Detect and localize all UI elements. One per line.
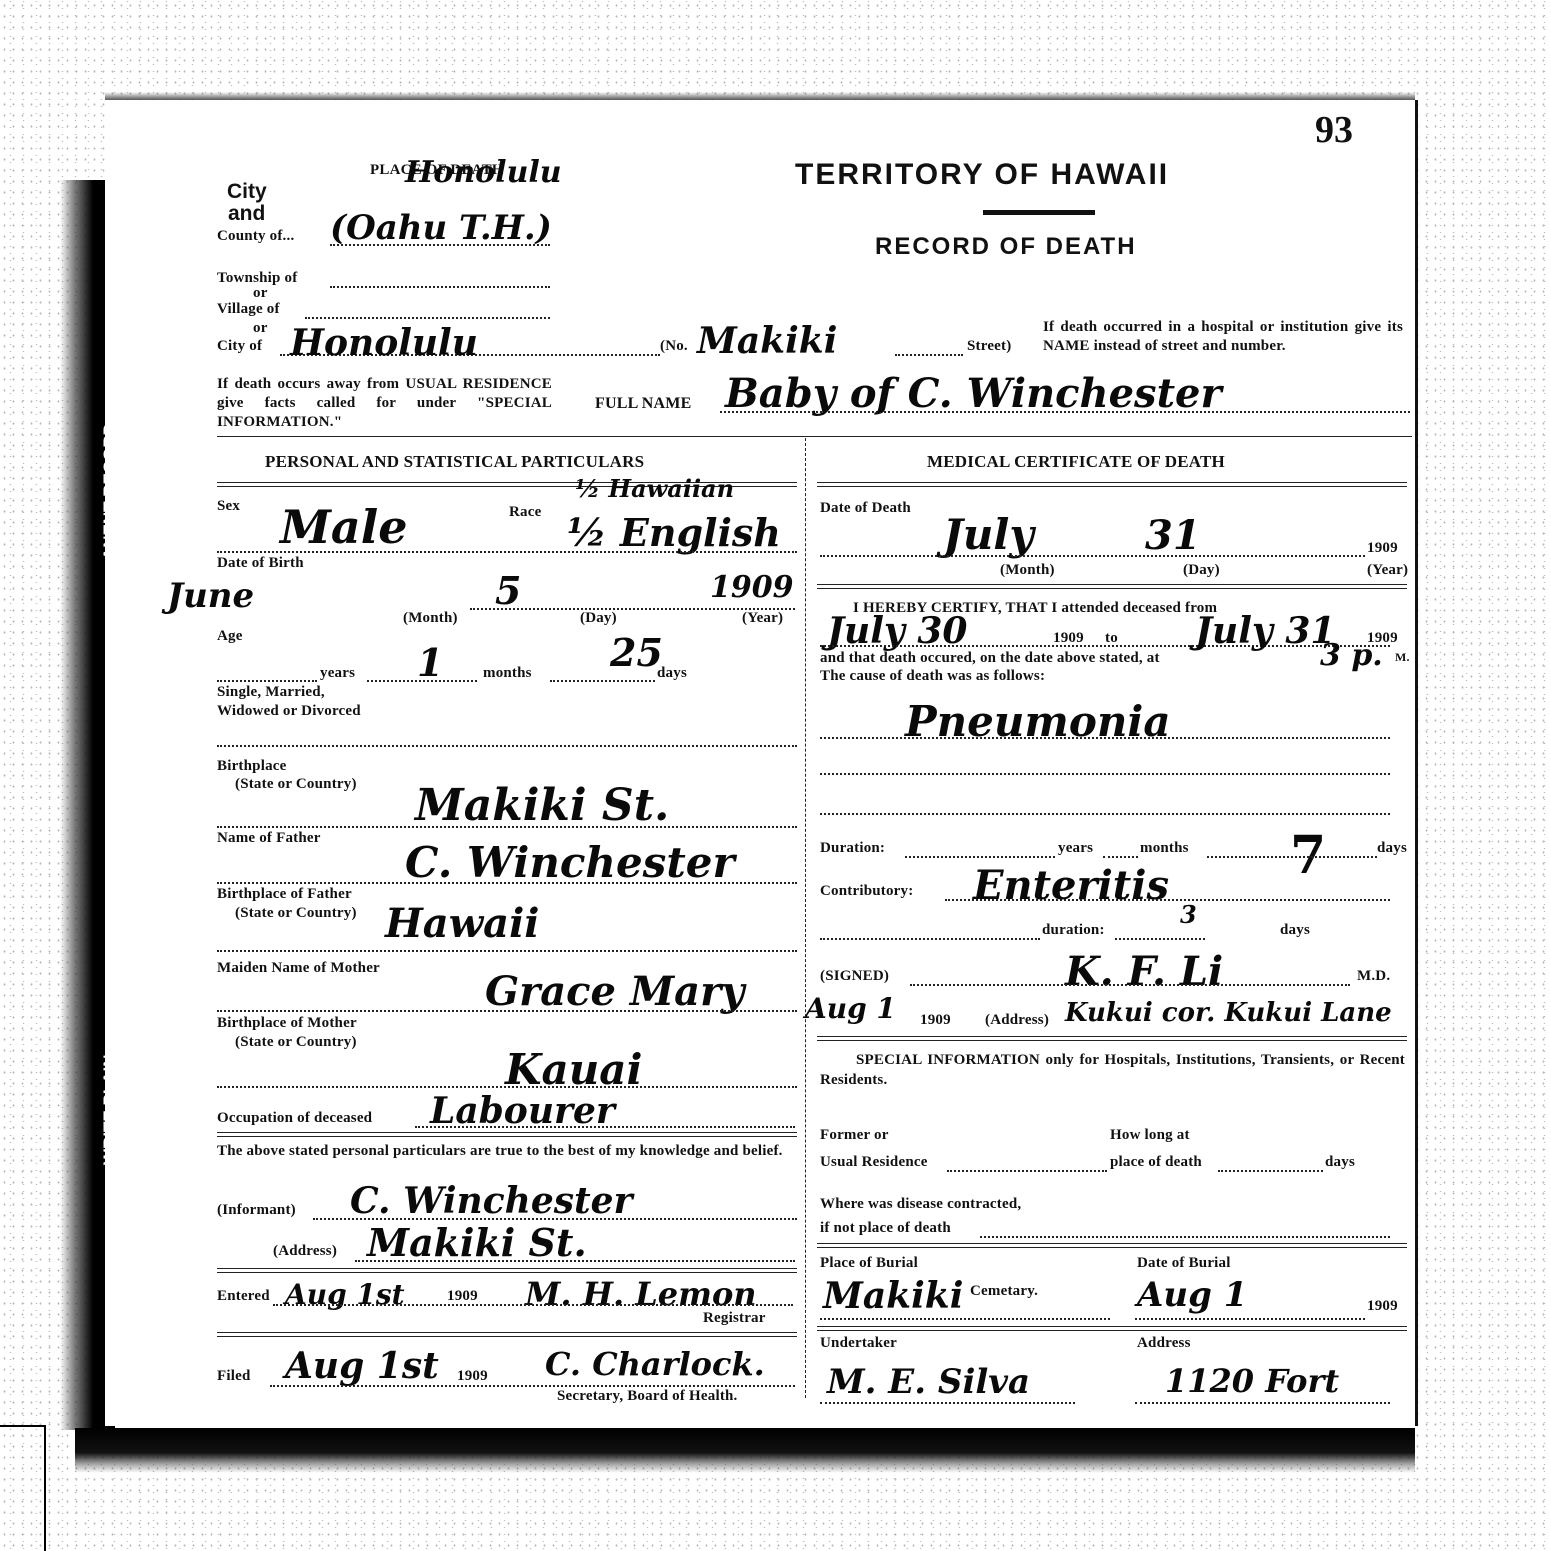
informant-value: C. Winchester: [350, 1180, 633, 1222]
death-record-form: 93 TERRITORY OF HAWAII RECORD OF DEATH P…: [105, 100, 1418, 1426]
entered-date: Aug 1st: [285, 1278, 405, 1311]
county-label: County of...: [217, 228, 294, 245]
date-of-death-label: Date of Death: [820, 500, 911, 517]
or-label: or: [253, 320, 268, 337]
contrib-days-caption: days: [1280, 922, 1310, 939]
city-of-label: City of: [217, 338, 262, 355]
contributory-label: Contributory:: [820, 883, 913, 900]
county-value: (Oahu T.H.): [330, 208, 552, 248]
street-label: Street): [967, 338, 1011, 355]
duration-years-caption: years: [1058, 840, 1093, 857]
column-divider: [805, 438, 806, 1398]
undertaker-address-value: 1120 Fort: [1165, 1362, 1339, 1400]
registrar-signature: M. H. Lemon: [525, 1275, 757, 1313]
birthplace-value: Makiki St.: [415, 780, 669, 831]
m-label: M.: [1395, 650, 1410, 665]
crop-mark: [44, 1425, 46, 1551]
entered-year: 1909: [447, 1288, 478, 1305]
dob-month: June: [167, 576, 254, 616]
birthplace-label: Birthplace: [217, 758, 287, 775]
usual-residence-label: Usual Residence: [820, 1154, 928, 1171]
dob-label: Date of Birth: [217, 555, 304, 572]
document-subtitle: RECORD OF DEATH: [875, 233, 1137, 261]
marital-label: Single, Married,: [217, 684, 325, 701]
physician-address-label: (Address): [985, 1012, 1049, 1029]
full-name-label: FULL NAME: [595, 395, 691, 413]
title-divider: [983, 210, 1095, 215]
disease-contracted-label: Where was disease contracted,: [820, 1196, 1021, 1213]
month-caption: (Month): [1000, 562, 1055, 579]
personal-heading: PERSONAL AND STATISTICAL PARTICULARS: [265, 452, 644, 472]
mother-value: Grace Mary: [485, 968, 744, 1015]
md-caption: M.D.: [1357, 968, 1390, 985]
occurred-text: and that death occured, on the date abov…: [820, 650, 1160, 667]
dob-day: 5: [495, 568, 521, 613]
burial-place-label: Place of Burial: [820, 1255, 918, 1272]
burial-date-label: Date of Burial: [1137, 1255, 1231, 1272]
disease-contracted-label-2: if not place of death: [820, 1220, 951, 1237]
father-label: Name of Father: [217, 830, 321, 847]
medical-heading: MEDICAL CERTIFICATE OF DEATH: [927, 452, 1225, 472]
age-label: Age: [217, 628, 243, 645]
county-value-city: Honolulu: [405, 155, 562, 190]
how-long-label: How long at: [1110, 1127, 1190, 1144]
physician-signature: K. F. Li: [1065, 948, 1223, 995]
death-day: 31: [1145, 512, 1201, 559]
marital-label-2: Widowed or Divorced: [217, 703, 361, 720]
away-note: If death occurs away from USUAL RESIDENC…: [217, 375, 552, 432]
burial-date-value: Aug 1: [1137, 1275, 1247, 1315]
to-label: to: [1105, 630, 1118, 647]
race-label: Race: [509, 504, 541, 521]
father-value: C. Winchester: [405, 838, 735, 887]
occupation-label: Occupation of deceased: [217, 1110, 372, 1127]
filed-year: 1909: [457, 1368, 488, 1385]
filed-date: Aug 1st: [285, 1345, 439, 1387]
year-caption: (Year): [742, 610, 783, 627]
race-value-line1: ½ Hawaiian: [575, 474, 734, 503]
month-caption: (Month): [403, 610, 458, 627]
filed-label: Filed: [217, 1368, 251, 1385]
age-days-value: 25: [610, 630, 663, 675]
time-of-death: 3 p.: [1320, 638, 1383, 673]
age-months-value: 1: [417, 640, 443, 685]
place-of-death-caption: place of death: [1110, 1154, 1202, 1171]
undertaker-value: M. E. Silva: [827, 1362, 1030, 1402]
informant-address-label: (Address): [273, 1243, 337, 1260]
scan-edge-bottom: [75, 1428, 1415, 1473]
mother-birthplace-caption: (State or Country): [235, 1034, 357, 1051]
city-label: City: [227, 180, 267, 204]
cemetery-label: Cemetary.: [970, 1283, 1038, 1300]
signed-date: Aug 1: [805, 992, 896, 1025]
sex-value: Male: [280, 500, 407, 554]
entered-label: Entered: [217, 1288, 270, 1305]
father-birthplace-label: Birthplace of Father: [217, 886, 352, 903]
full-name-value: Baby of C. Winchester: [725, 370, 1222, 417]
death-year: 1909: [1367, 540, 1398, 557]
father-birthplace-value: Hawaii: [385, 900, 539, 947]
city-of-value: Honolulu: [290, 322, 478, 364]
street-number-label: (No.: [660, 338, 688, 355]
burial-year: 1909: [1367, 1298, 1398, 1315]
race-value-line2: ½ English: [567, 510, 781, 555]
year-caption: (Year): [1367, 562, 1408, 579]
day-caption: (Day): [580, 610, 617, 627]
age-years-caption: years: [320, 665, 355, 682]
age-days-caption: days: [657, 665, 687, 682]
street-value: Makiki: [697, 320, 837, 362]
signed-label: (SIGNED): [820, 968, 889, 985]
dob-year: 1909: [710, 570, 794, 605]
age-months-caption: months: [483, 665, 532, 682]
cause-label: The cause of death was as follows:: [820, 668, 1045, 685]
attended-from-year: 1909: [1053, 630, 1084, 647]
secretary-label: Secretary, Board of Health.: [557, 1388, 738, 1405]
signed-year: 1909: [920, 1012, 951, 1029]
informant-address-value: Makiki St.: [367, 1220, 587, 1265]
informant-label: (Informant): [217, 1202, 296, 1219]
contributory-value: Enteritis: [973, 862, 1169, 909]
village-label: Village of: [217, 301, 280, 318]
secretary-signature: C. Charlock.: [545, 1345, 765, 1383]
burial-place-value: Makiki: [823, 1275, 963, 1317]
undertaker-address-label: Address: [1137, 1335, 1191, 1352]
day-caption: (Day): [1183, 562, 1220, 579]
undertaker-label: Undertaker: [820, 1335, 897, 1352]
duration-months-caption: months: [1140, 840, 1189, 857]
duration-label: Duration:: [820, 840, 885, 857]
mother-label: Maiden Name of Mother: [217, 960, 380, 977]
duration-days-caption: days: [1377, 840, 1407, 857]
contrib-duration-value: 3: [1180, 900, 1197, 929]
birthplace-caption: (State or Country): [235, 776, 357, 793]
sex-label: Sex: [217, 498, 240, 515]
special-information-heading: SPECIAL INFORMATION only for Hospitals, …: [820, 1050, 1405, 1090]
hospital-note: If death occurred in a hospital or insti…: [1043, 318, 1403, 356]
physician-address-value: Kukui cor. Kukui Lane: [1065, 998, 1392, 1028]
record-number: 93: [1315, 108, 1353, 152]
contrib-duration-label: duration:: [1042, 922, 1105, 939]
attended-to: July 31: [1195, 610, 1335, 652]
days-caption: days: [1325, 1154, 1355, 1171]
crop-mark: [0, 1425, 45, 1427]
document-title: TERRITORY OF HAWAII: [795, 158, 1169, 192]
former-residence-label: Former or: [820, 1127, 889, 1144]
or-label: or: [253, 285, 268, 302]
registrar-label: Registrar: [703, 1310, 766, 1327]
death-month: July: [943, 510, 1034, 559]
attestation-text: The above stated personal particulars ar…: [217, 1142, 797, 1160]
mother-birthplace-label: Birthplace of Mother: [217, 1015, 357, 1032]
father-birthplace-caption: (State or Country): [235, 905, 357, 922]
and-label: and: [228, 202, 265, 226]
